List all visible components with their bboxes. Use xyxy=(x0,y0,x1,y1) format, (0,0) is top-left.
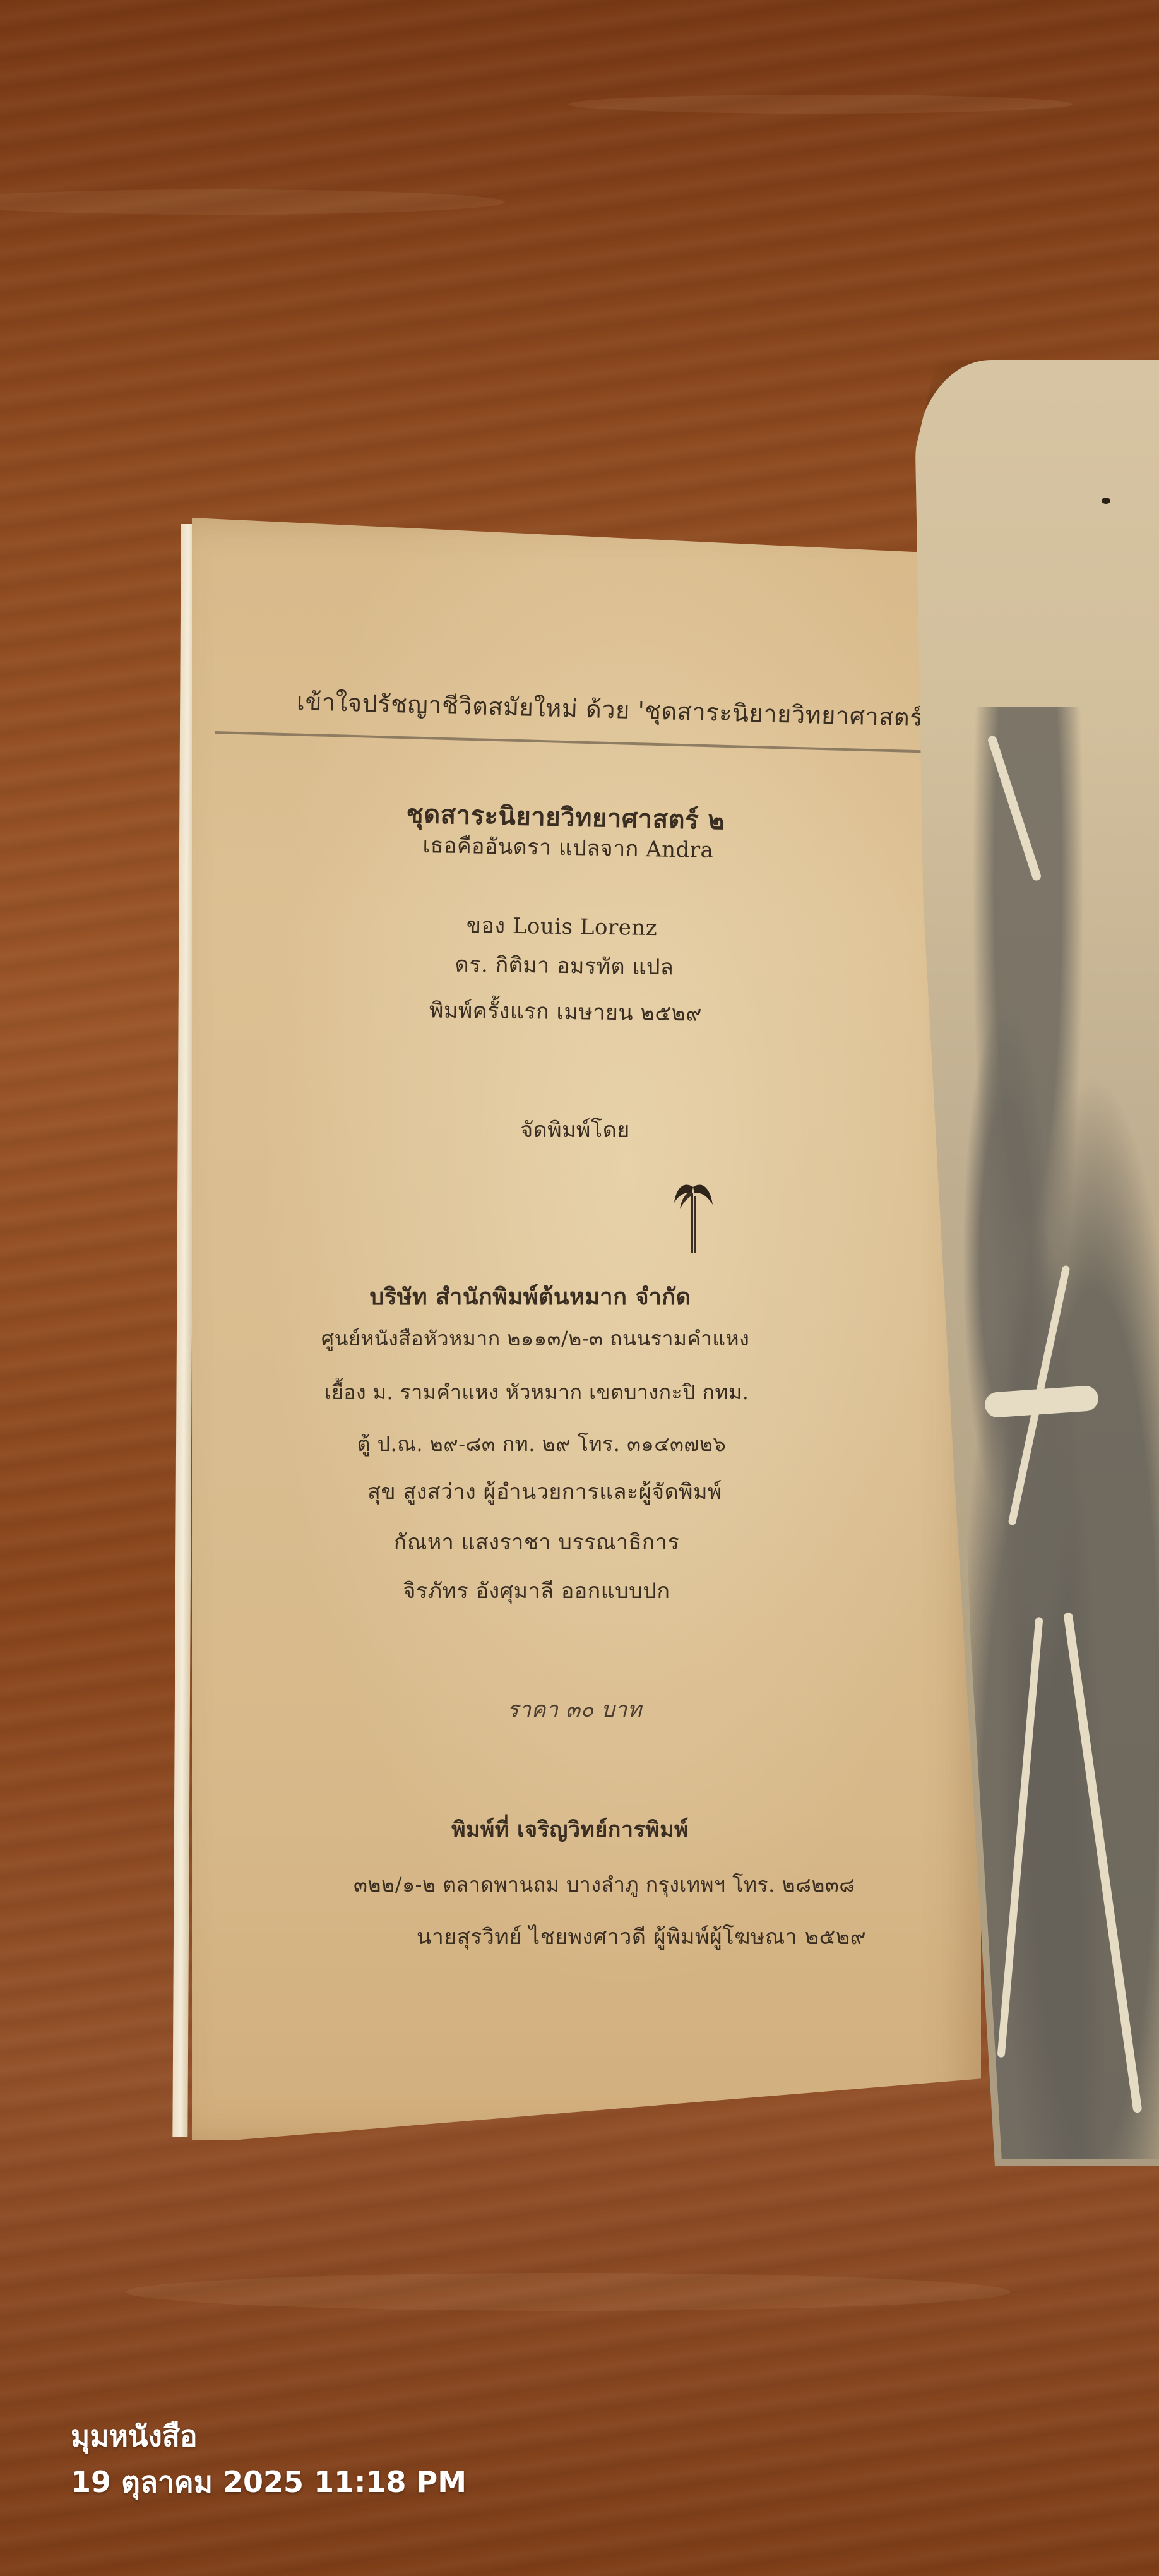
publisher-company: บริษัท สำนักพิมพ์ต้นหมาก จำกัด xyxy=(0,1279,1110,1315)
credit-editor: กัณหา แสงราชา บรรณาธิการ xyxy=(0,1525,1116,1559)
credit-cover-designer: จิรภัทร อังศุมาลี ออกแบบปก xyxy=(0,1573,1116,1607)
wood-grain xyxy=(126,2273,1010,2311)
palm-tree-logo-icon xyxy=(671,1174,715,1256)
printer-address: ๓๒๒/๑-๒ ตลาดพานถม บางลำภู กรุงเทพฯ โทร. … xyxy=(354,1869,855,1901)
watermark-datetime: 19 ตุลาคม 2025 11:18 PM xyxy=(71,2459,467,2505)
publisher-address-2: เยื้อง ม. รามคำแหง หัวหมาก เขตบางกะปิ กท… xyxy=(0,1376,1116,1409)
printer-person: นายสุรวิทย์ ไชยพงศาวดี ผู้พิมพ์ผู้โฆษณา … xyxy=(417,1919,866,1953)
wood-grain xyxy=(0,189,505,215)
ink-speck xyxy=(1102,498,1110,504)
wood-grain xyxy=(568,95,1073,114)
watermark-title: มุมหนังสือ xyxy=(71,2413,198,2459)
